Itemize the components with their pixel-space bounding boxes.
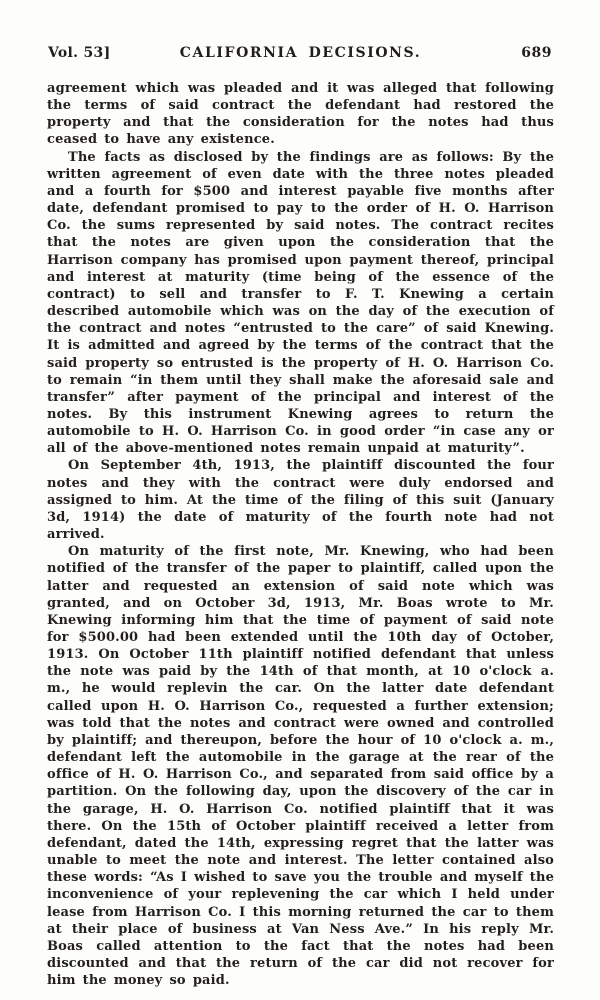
paragraph-maturity: On maturity of the first note, Mr. Knewi… [47,543,554,989]
page-title: CALIFORNIA DECISIONS. [47,45,554,61]
paragraph-continuation: agreement which was pleaded and it was a… [47,80,554,149]
page-number: 689 [521,45,552,61]
paragraph-facts: The facts as disclosed by the findings a… [47,149,554,458]
document-page: Vol. 53] CALIFORNIA DECISIONS. 689 agree… [0,0,600,1000]
page-header: Vol. 53] CALIFORNIA DECISIONS. 689 [47,45,554,63]
body-text: agreement which was pleaded and it was a… [47,80,554,989]
paragraph-discount: On September 4th, 1913, the plaintiff di… [47,457,554,543]
